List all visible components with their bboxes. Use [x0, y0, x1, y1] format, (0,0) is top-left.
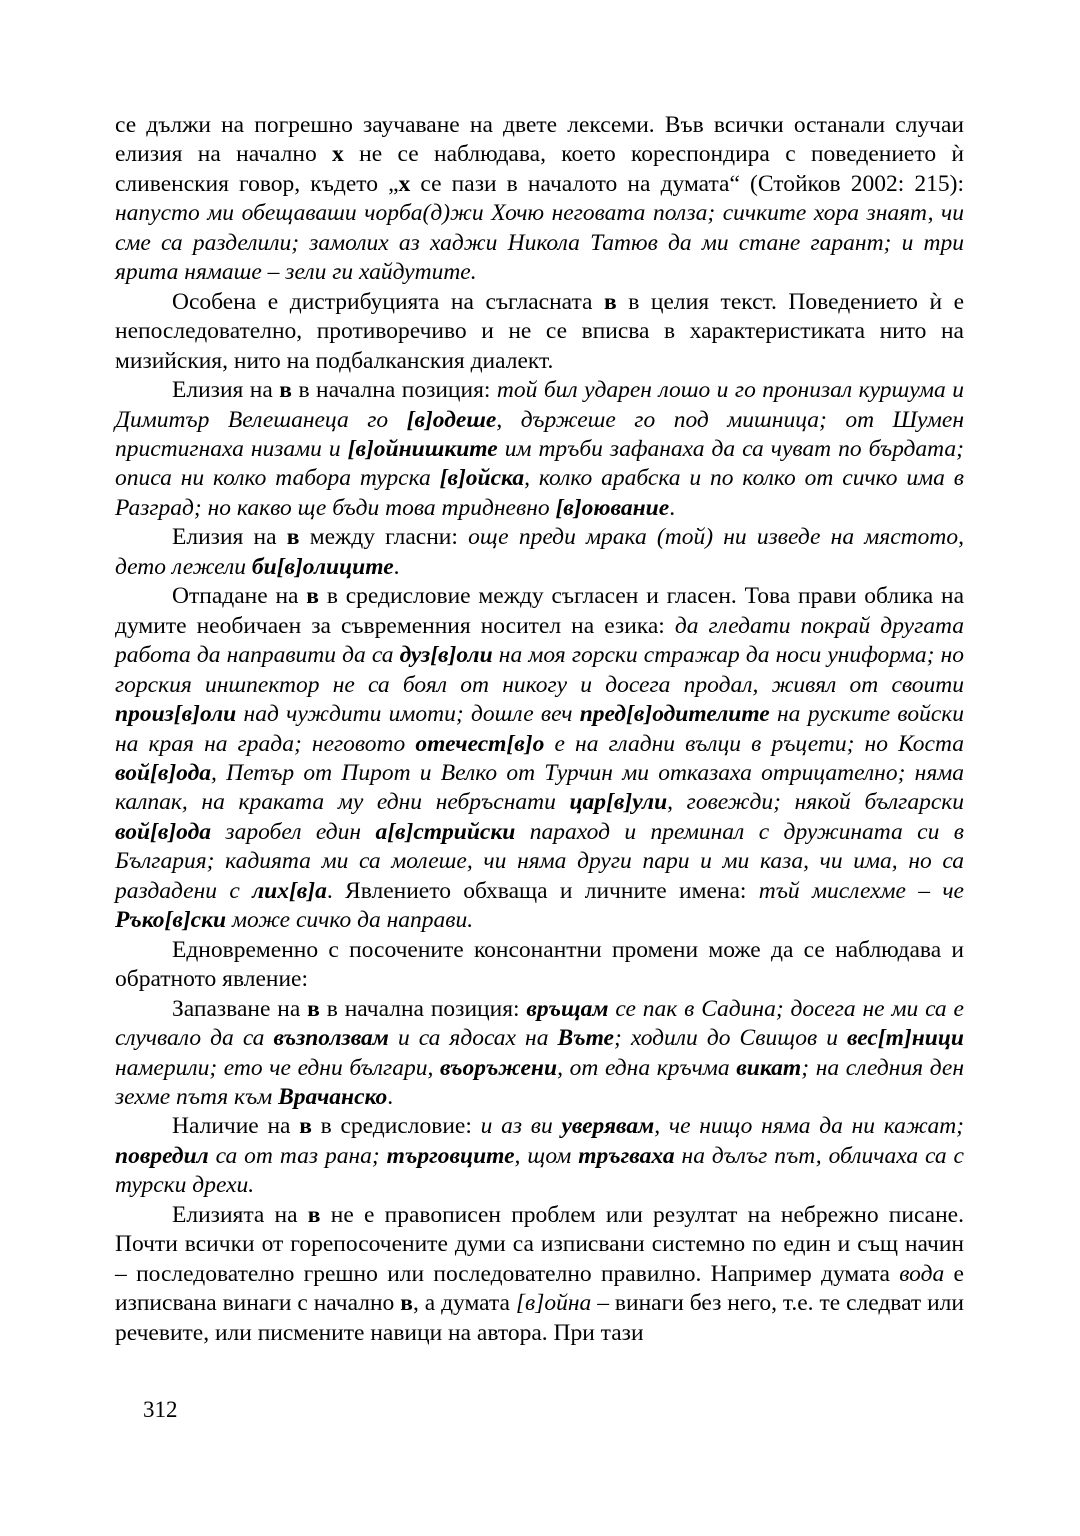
- text-run: х: [399, 171, 411, 197]
- text-run: , от една кръчма: [557, 1055, 736, 1081]
- text-run: в средисловие:: [312, 1113, 481, 1139]
- text-run: . Явлението обхваща и личните имена:: [327, 878, 759, 904]
- text-run: въоръжени: [440, 1055, 557, 1081]
- paragraph-reverse-phenomenon: Едновременно с посочените консонантни пр…: [115, 936, 964, 995]
- text-run: .: [669, 495, 675, 521]
- text-run: , а думата: [413, 1290, 516, 1316]
- text-run: викат: [736, 1055, 801, 1081]
- text-run: дуз[в]оли: [400, 642, 493, 668]
- paragraph-preservation-initial: Запазване на в в начална позиция: връщам…: [115, 995, 964, 1113]
- text-run: са от таз рана;: [209, 1143, 387, 1169]
- text-run: ; ходили до Свищов и: [614, 1025, 847, 1051]
- text-run: заробел един: [211, 819, 375, 845]
- text-run: [в]оювание: [555, 495, 669, 521]
- text-run: Елизия на: [172, 377, 279, 403]
- text-run: .: [387, 1084, 393, 1110]
- text-run: тъй мислехме – че: [759, 878, 964, 904]
- paragraph-v-distribution: Особена е дистрибуцията на съгласната в …: [115, 288, 964, 376]
- text-run: и аз ви: [481, 1113, 562, 1139]
- text-run: в начална позиция:: [320, 996, 527, 1022]
- text-run: [в]одеше: [407, 407, 497, 433]
- paragraph-dropping-medial: Отпадане на в в средисловие между съглас…: [115, 582, 964, 935]
- paragraph-elision-between-vowels: Елизия на в между гласни: още преди мрак…: [115, 523, 964, 582]
- paragraph-presence-medial: Наличие на в в средисловие: и аз ви увер…: [115, 1112, 964, 1200]
- text-run: лих[в]а: [252, 878, 327, 904]
- text-run: Отпадане на: [172, 583, 306, 609]
- page-number: 312: [143, 1396, 178, 1424]
- text-run: в: [307, 996, 320, 1022]
- paragraph-continuation: се дължи на погрешно заучаване на двете …: [115, 111, 964, 288]
- text-run: Ръко[в]ски: [115, 907, 226, 933]
- text-run: х: [332, 141, 344, 167]
- text-run: над чуждити имоти; дошле веч: [236, 701, 579, 727]
- text-run: Въте: [558, 1025, 614, 1051]
- text-block: се дължи на погрешно заучаване на двете …: [115, 111, 964, 1348]
- text-run: възползвам: [274, 1025, 389, 1051]
- text-run: може сичко да направи.: [226, 907, 473, 933]
- text-run: би[в]олиците: [252, 554, 394, 580]
- text-run: в: [306, 583, 319, 609]
- text-run: в: [279, 377, 292, 403]
- text-run: повредил: [115, 1143, 209, 1169]
- text-run: в: [604, 289, 617, 315]
- text-run: Елизия на: [172, 524, 287, 550]
- text-run: , говежди; някой български: [667, 789, 964, 815]
- text-run: Едновременно с посочените консонантни пр…: [115, 937, 964, 992]
- text-run: [в]ойнишките: [348, 436, 498, 462]
- text-run: пред[в]одителите: [580, 701, 770, 727]
- book-page: се дължи на погрешно заучаване на двете …: [0, 0, 1080, 1536]
- text-run: в: [308, 1202, 321, 1228]
- text-run: в: [400, 1290, 413, 1316]
- text-run: вой[в]ода: [115, 760, 211, 786]
- text-run: напусто ми обещаваши чорба(д)жи Хочю нег…: [115, 200, 964, 285]
- text-run: се пази в началото на думата“ (Стойков 2…: [410, 171, 964, 197]
- text-run: Елизията на: [172, 1202, 308, 1228]
- text-run: Наличие на: [172, 1113, 299, 1139]
- text-run: и са ядосах на: [389, 1025, 558, 1051]
- text-run: [в]ойна: [516, 1290, 591, 1316]
- text-run: , щом: [515, 1143, 579, 1169]
- text-run: между гласни:: [299, 524, 468, 550]
- text-run: [в]ойска: [440, 465, 524, 491]
- text-run: Запазване на: [172, 996, 307, 1022]
- text-run: отечест[в]о: [415, 731, 544, 757]
- text-run: , че нищо няма да ни кажат;: [654, 1113, 964, 1139]
- text-run: цар[в]ули: [569, 789, 667, 815]
- text-run: а[в]стрийски: [375, 819, 515, 845]
- paragraph-elision-initial: Елизия на в в начална позиция: той бил у…: [115, 376, 964, 523]
- text-run: произ[в]оли: [115, 701, 236, 727]
- text-run: вода: [899, 1261, 944, 1287]
- text-run: в начална позиция:: [292, 377, 497, 403]
- text-run: в: [287, 524, 300, 550]
- text-run: Особена е дистрибуцията на съгласната: [172, 289, 604, 315]
- paragraph-conclusion: Елизията на в не е правописен проблем ил…: [115, 1201, 964, 1348]
- text-run: намерили; ето че едни българи,: [115, 1055, 440, 1081]
- text-run: вес[т]ници: [847, 1025, 964, 1051]
- text-run: вой[в]ода: [115, 819, 211, 845]
- text-run: .: [394, 554, 400, 580]
- text-run: уверявам: [561, 1113, 654, 1139]
- text-run: тръгваха: [578, 1143, 674, 1169]
- text-run: търговците: [387, 1143, 515, 1169]
- text-run: в: [299, 1113, 312, 1139]
- text-run: връщам: [526, 996, 608, 1022]
- text-run: Врачанско: [278, 1084, 387, 1110]
- text-run: е на гладни вълци в ръцети; но Коста: [544, 731, 964, 757]
